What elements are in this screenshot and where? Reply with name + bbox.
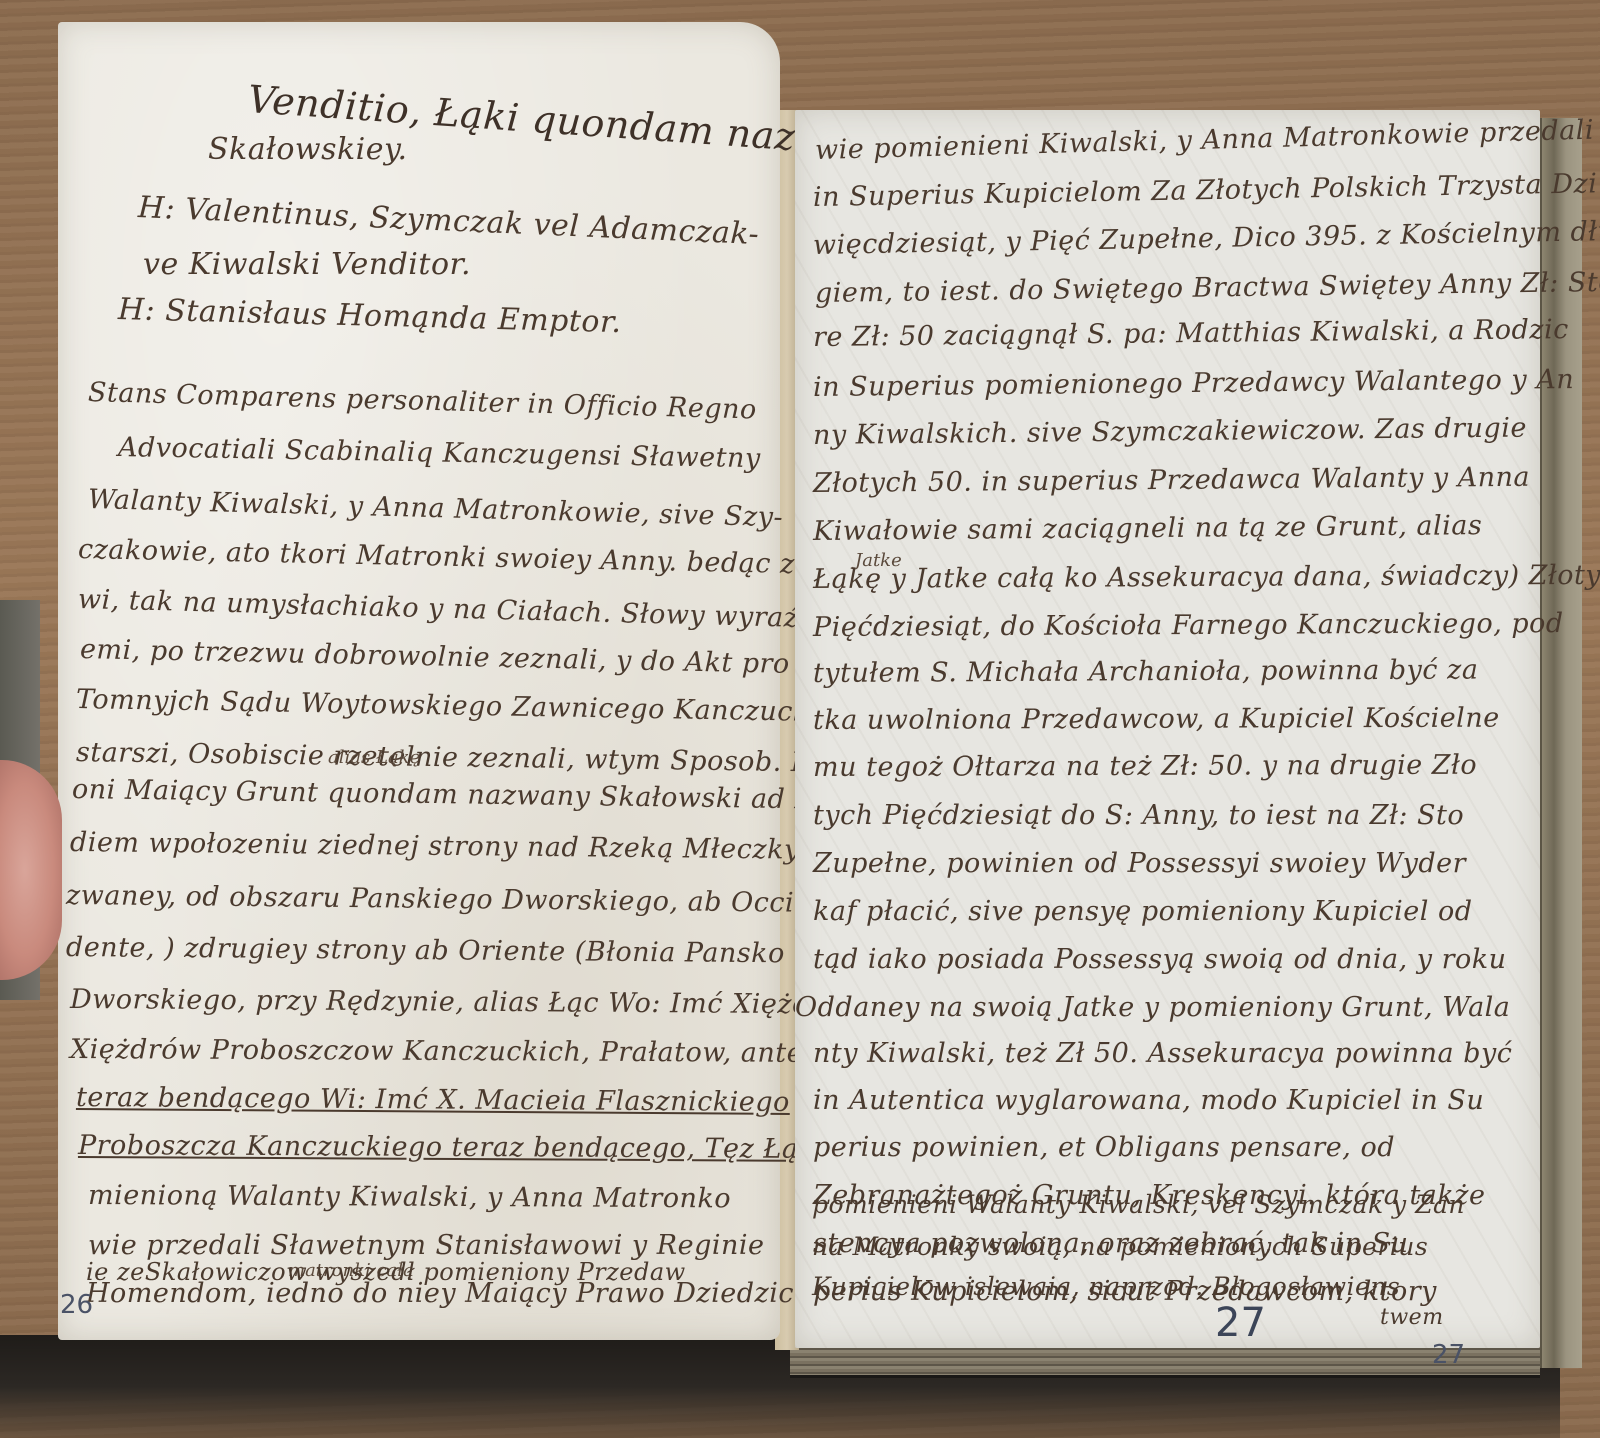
text-line: Tomnyjch Sądu Woytowskiego Zawnicego Kan… (76, 684, 870, 729)
text-line: in Superius pomienionego Przedawcy Walan… (813, 364, 1574, 403)
text-line: re Zł: 50 zaciągnął S. pa: Matthias Kiwa… (813, 314, 1569, 353)
text-line: Złotych 50. in superius Przedawca Walant… (813, 462, 1530, 499)
text-line: mu tegoż Ołtarza na też Zł: 50. y na dru… (813, 750, 1477, 783)
text-line: in Superius Kupicielom Za Złotych Polski… (813, 168, 1598, 213)
text-line: nty Kiwalski, też Zł 50. Assekuracya pow… (813, 1038, 1512, 1069)
text-line: Xiężdrów Proboszczow Kanczuckich, Prałat… (70, 1034, 803, 1069)
page-stack-edge (790, 1345, 1540, 1378)
text-line: diem wpołozeniu ziednej strony nad Rzeką… (70, 827, 844, 866)
folio-number-right: 27 (1215, 1300, 1266, 1346)
text-line: na Matronky swoią, na pomienionych Super… (812, 1232, 1428, 1261)
text-line: kaf płacić, sive pensyę pomieniony Kupic… (813, 896, 1472, 927)
text-line-underlined: Proboszcza Kanczuckiego teraz bendącego,… (78, 1130, 876, 1165)
thumb (0, 760, 62, 980)
text-line: pomienieni Walanty Kiwalski, vel Szymcza… (812, 1190, 1465, 1219)
text-line: wi, tak na umysłachiako y na Ciałach. Sł… (78, 584, 817, 634)
party-venditor: H: Valentinus, Szymczak vel Adamczak- (137, 190, 760, 252)
text-line: Oddaney na swoią Jatke y pomieniony Grun… (795, 992, 1510, 1023)
text-line: tytułem S. Michała Archanioła, powinna b… (813, 655, 1479, 689)
text-line: mienioną Walanty Kiwalski, y Anna Matron… (88, 1180, 731, 1214)
book-fore-edge (1540, 118, 1582, 1368)
text-line: Stans Comparens personaliter in Officio … (88, 377, 758, 426)
text-line: Walanty Kiwalski, y Anna Matronkowie, si… (88, 484, 784, 533)
catchword: twem (1380, 1305, 1444, 1330)
text-line: wie przedali Sławetnym Stanisławowi y Re… (88, 1230, 765, 1261)
text-line: Pięćdziesiąt, do Kościoła Farnego Kanczu… (813, 608, 1564, 643)
text-line: Łąkę y Jatke całą ko Assekuracya dana, ś… (813, 560, 1600, 595)
text-line: oni Maiący Grunt quondam nazwany Skałows… (72, 774, 862, 816)
document-title-cont: Skałowskiey. (208, 132, 408, 167)
text-line: ny Kiwalskich. sive Szymczakiewiczow. Za… (813, 413, 1527, 451)
text-line: czakowie, ato tkori Matronki swoiey Anny… (78, 534, 843, 581)
left-page: Venditio, Łąki quondam nazwaney Skałowsk… (58, 22, 780, 1340)
text-line: więcdziesiąt, y Pięć Zupełne, Dico 395. … (813, 216, 1600, 261)
text-line: ie zeSkałowiczow wyszedł pomieniony Prze… (86, 1258, 686, 1286)
text-line: tka uwolniona Przedawcow, a Kupiciel Koś… (813, 703, 1500, 736)
party-emptor: H: Stanisłaus Homąnda Emptor. (118, 292, 622, 340)
text-line: tąd iako posiada Possessyą swoią od dnia… (813, 944, 1506, 975)
party-venditor-cont: ve Kiwalski Venditor. (143, 247, 471, 282)
folio-number-left: 26 (60, 1290, 93, 1320)
folio-number-right-small: 27 (1432, 1340, 1465, 1370)
text-line: tych Pięćdziesiąt do S: Anny, to iest na… (813, 800, 1464, 831)
text-line: giem, to iest. do Swiętego Bractwa Swięt… (815, 267, 1600, 309)
text-line: Advocatiali Scabinaliq Kanczugensi Sławe… (118, 432, 761, 474)
text-line: perius powinien, et Obligans pensare, od (813, 1132, 1395, 1163)
text-line: dente, ) zdrugiey strony ab Oriente (Bło… (66, 932, 785, 969)
text-line: emi, po trzezwu dobrowolnie zeznali, y d… (80, 634, 790, 680)
text-line-underlined: teraz bendącego Wi: Imć X. Macieia Flasz… (76, 1082, 790, 1118)
interlinear-note: alias Łąkę (328, 747, 420, 768)
text-line: Zupełne, powinien od Possessyi swoiey Wy… (813, 848, 1466, 879)
text-line: starszi, Osobiscie rzetelnie zeznali, wt… (76, 737, 817, 778)
text-line: Kupicielow islewaią, naprzod. Błogosławi… (812, 1272, 1400, 1301)
text-line: in Autentica wyglarowana, modo Kupiciel … (813, 1085, 1484, 1116)
text-line: wie pomienieni Kiwalski, y Anna Matronko… (815, 115, 1595, 166)
text-line: Dworskiego, przy Rędzynie, alias Łąc Wo:… (70, 984, 833, 1020)
right-page: wie pomienieni Kiwalski, y Anna Matronko… (795, 110, 1540, 1348)
text-line: Kiwałowie sami zaciągneli na tą ze Grunt… (813, 510, 1483, 547)
text-line: zwaney, od obszaru Panskiego Dworskiego,… (66, 880, 794, 919)
